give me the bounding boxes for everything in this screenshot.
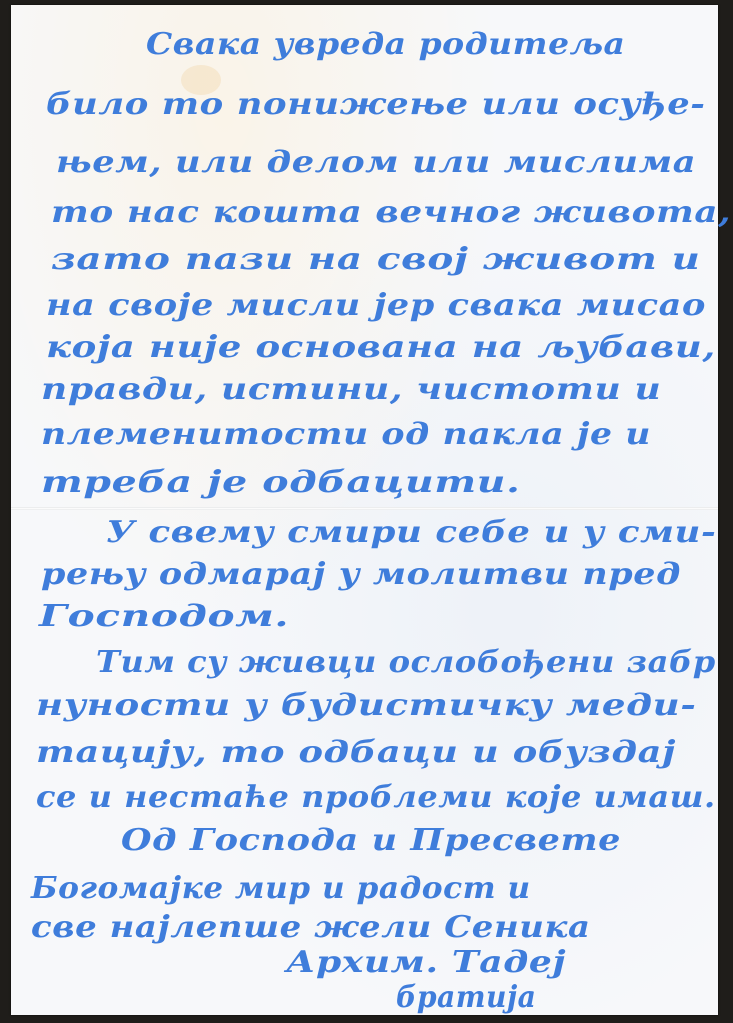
letter-line-6: на своје мисли јер свака мисао (46, 288, 706, 323)
letter-line-5: зато пази на свој живот и (51, 242, 701, 277)
letter-line-18: Од Господа и Пресвете (121, 823, 621, 858)
letter-line-14: Тим су живци ослобођени забр (96, 645, 716, 680)
letter-line-1: Свака увреда родитеља (146, 27, 625, 62)
signature: Архим. Тадеј (286, 945, 566, 980)
letter-line-4: то нас кошта вечног живота, (51, 195, 731, 230)
letter-line-17: се и нестаће проблеми које имаш. (36, 780, 716, 815)
letter-line-10: треба је одбацити. (41, 465, 521, 500)
letter-line-15: нуности у будистичку меди- (36, 688, 696, 723)
letter-line-20: све најлепше жели Сеника (31, 910, 591, 945)
signature-brotherhood: братија (396, 980, 536, 1015)
letter-line-16: тацију, то одбаци и обуздај (36, 735, 676, 770)
letter-page: Свака увреда родитеља било то понижење и… (11, 5, 718, 1015)
letter-line-13: Господом. (39, 599, 289, 634)
letter-line-2: било то понижење или осуђе- (46, 87, 705, 122)
letter-line-7: која није основана на љубави, (46, 330, 716, 365)
letter-line-9: племенитости од пакла је и (41, 417, 651, 452)
paper-fold-crease (11, 507, 718, 510)
letter-line-12: рењу одмарај у молитви пред (41, 557, 681, 592)
letter-line-11: У свему смири себе и у сми- (106, 515, 716, 550)
letter-line-19: Богомајке мир и радост и (31, 871, 531, 906)
letter-line-3: њем, или делом или мислима (56, 145, 696, 180)
letter-line-8: правди, истини, чистоти и (41, 372, 661, 407)
